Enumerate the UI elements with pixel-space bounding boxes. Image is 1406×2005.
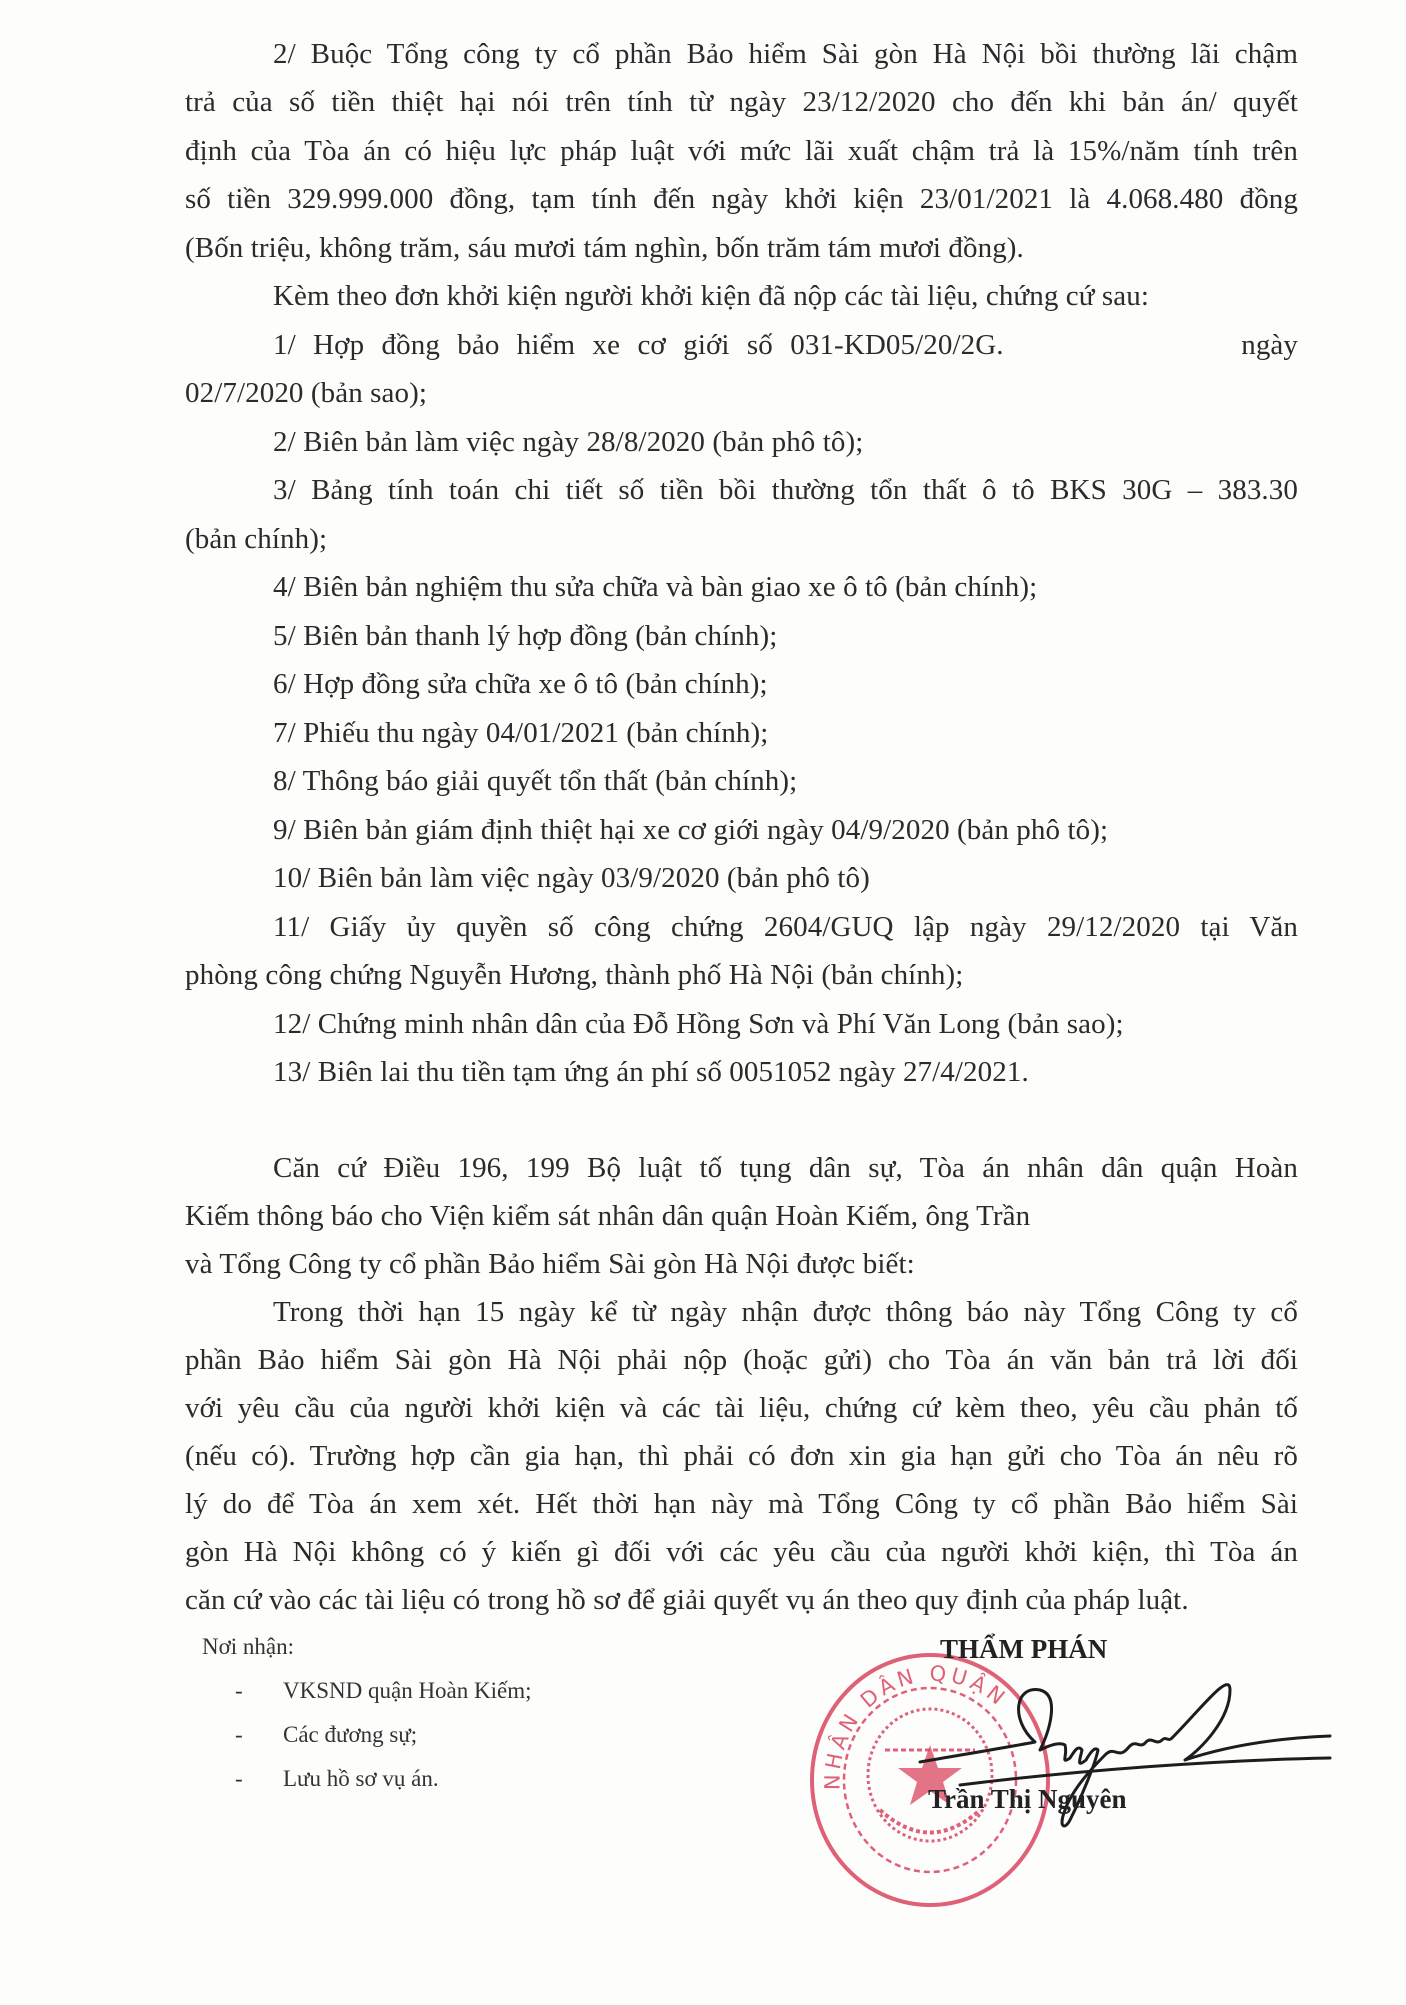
attachment-item-2: 2/ Biên bản làm việc ngày 28/8/2020 (bản… [273, 424, 1298, 460]
attachments-intro: Kèm theo đơn khởi kiện người khởi kiện đ… [273, 278, 1298, 314]
deadline-line-1: Trong thời hạn 15 ngày kể từ ngày nhận đ… [273, 1294, 1298, 1330]
paragraph-2-line-3: định của Tòa án có hiệu lực pháp luật vớ… [185, 133, 1298, 169]
paragraph-2-line-5: (Bốn triệu, không trăm, sáu mươi tám ngh… [185, 230, 1298, 266]
signer-name: Trần Thị Nguyên [928, 1782, 1127, 1816]
recipient-text: VKSND quận Hoàn Kiếm; [283, 1678, 532, 1703]
paragraph-2-line-1: 2/ Buộc Tổng công ty cổ phần Bảo hiểm Sà… [273, 36, 1298, 72]
deadline-line-4: (nếu có). Trường hợp cần gia hạn, thì ph… [185, 1438, 1298, 1474]
recipient-item: -VKSND quận Hoàn Kiếm; [235, 1676, 532, 1706]
document-page: 2/ Buộc Tổng công ty cổ phần Bảo hiểm Sà… [0, 0, 1406, 2005]
attachment-item-4: 4/ Biên bản nghiệm thu sửa chữa và bàn g… [273, 569, 1298, 605]
attachment-item-10: 10/ Biên bản làm việc ngày 03/9/2020 (bả… [273, 860, 1298, 896]
deadline-line-2: phần Bảo hiểm Sài gòn Hà Nội phải nộp (h… [185, 1342, 1298, 1378]
attachment-item-1-date-label: ngày [1241, 327, 1298, 363]
bullet-dash: - [235, 1720, 283, 1750]
bullet-dash: - [235, 1676, 283, 1706]
recipient-item: -Lưu hồ sơ vụ án. [235, 1764, 439, 1794]
attachment-item-12: 12/ Chứng minh nhân dân của Đỗ Hồng Sơn … [273, 1006, 1298, 1042]
attachment-item-9: 9/ Biên bản giám định thiệt hại xe cơ gi… [273, 812, 1298, 848]
bullet-dash: - [235, 1764, 283, 1794]
notice-line-1: Căn cứ Điều 196, 199 Bộ luật tố tụng dân… [273, 1150, 1298, 1186]
deadline-line-5: lý do để Tòa án xem xét. Hết thời hạn nà… [185, 1486, 1298, 1522]
attachment-item-7: 7/ Phiếu thu ngày 04/01/2021 (bản chính)… [273, 715, 1298, 751]
attachment-item-1-text: 1/ Hợp đồng bảo hiểm xe cơ giới số 031-K… [273, 329, 1004, 361]
recipient-text: Lưu hồ sơ vụ án. [283, 1766, 439, 1791]
recipient-text: Các đương sự; [283, 1722, 417, 1747]
attachment-item-1-line-1: 1/ Hợp đồng bảo hiểm xe cơ giới số 031-K… [273, 327, 1298, 363]
attachment-item-3-line-1: 3/ Bảng tính toán chi tiết số tiền bồi t… [273, 472, 1298, 508]
recipient-item: -Các đương sự; [235, 1720, 417, 1750]
attachment-item-8: 8/ Thông báo giải quyết tổn thất (bản ch… [273, 763, 1298, 799]
attachment-item-3-line-2: (bản chính); [185, 521, 1298, 557]
deadline-line-7: căn cứ vào các tài liệu có trong hồ sơ đ… [185, 1582, 1298, 1618]
deadline-line-6: gòn Hà Nội không có ý kiến gì đối với cá… [185, 1534, 1298, 1570]
attachment-item-1-line-2: 02/7/2020 (bản sao); [185, 375, 1298, 411]
attachment-item-6: 6/ Hợp đồng sửa chữa xe ô tô (bản chính)… [273, 666, 1298, 702]
attachment-item-11-line-1: 11/ Giấy ủy quyền số công chứng 2604/GUQ… [273, 909, 1298, 945]
handwritten-signature [900, 1650, 1340, 1850]
notice-line-3: và Tổng Công ty cổ phần Bảo hiểm Sài gòn… [185, 1246, 1298, 1282]
attachment-item-5: 5/ Biên bản thanh lý hợp đồng (bản chính… [273, 618, 1298, 654]
notice-line-2: Kiếm thông báo cho Viện kiểm sát nhân dâ… [185, 1198, 1298, 1234]
paragraph-2-line-2: trả của số tiền thiệt hại nói trên tính … [185, 84, 1298, 120]
paragraph-2-line-4: số tiền 329.999.000 đồng, tạm tính đến n… [185, 181, 1298, 217]
deadline-line-3: với yêu cầu của người khởi kiện và các t… [185, 1390, 1298, 1426]
attachment-item-13: 13/ Biên lai thu tiền tạm ứng án phí số … [273, 1054, 1298, 1090]
recipients-label: Nơi nhận: [202, 1632, 294, 1662]
attachment-item-11-line-2: phòng công chứng Nguyễn Hương, thành phố… [185, 957, 1298, 993]
